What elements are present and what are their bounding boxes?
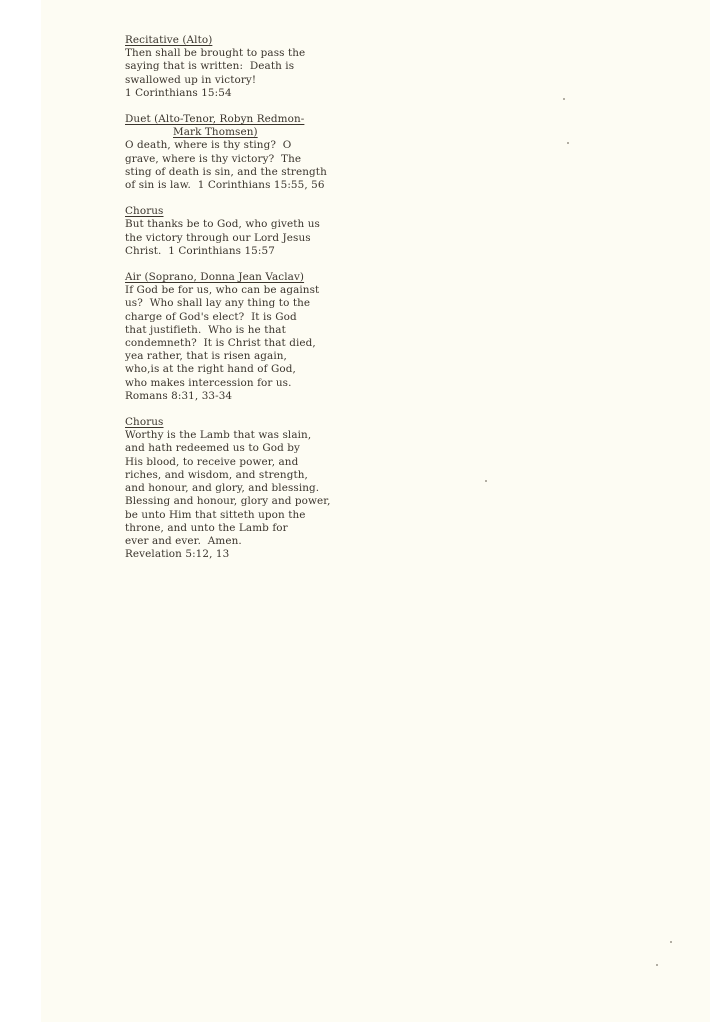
text-line: of sin is law. 1 Corinthians 15:55, 56 [125,179,395,192]
text-line: Then shall be brought to pass the [125,47,395,60]
text-line: swallowed up in victory! [125,74,395,87]
paper-speck [563,98,565,100]
section-air-soprano: Air (Soprano, Donna Jean Vaclav) If God … [125,271,395,403]
text-line: the victory through our Lord Jesus [125,232,395,245]
text-line: Worthy is the Lamb that was slain, [125,429,395,442]
section-heading: Recitative (Alto) [125,34,395,47]
text-line: riches, and wisdom, and strength, [125,469,395,482]
text-line: saying that is written: Death is [125,60,395,73]
text-line: His blood, to receive power, and [125,456,395,469]
scripture-reference: Revelation 5:12, 13 [125,548,395,561]
text-line: condemneth? It is Christ that died, [125,337,395,350]
text-line: grave, where is thy victory? The [125,153,395,166]
section-heading: Chorus [125,205,395,218]
text-line: us? Who shall lay any thing to the [125,297,395,310]
section-heading: Chorus [125,416,395,429]
section-heading: Air (Soprano, Donna Jean Vaclav) [125,271,395,284]
section-chorus-1: Chorus But thanks be to God, who giveth … [125,205,395,258]
text-line: If God be for us, who can be against [125,284,395,297]
paper-speck [670,941,672,943]
text-line: and honour, and glory, and blessing. [125,482,395,495]
section-duet: Duet (Alto-Tenor, Robyn Redmon- Mark Tho… [125,113,395,192]
text-line: throne, and unto the Lamb for [125,522,395,535]
paper-speck [656,964,658,966]
scripture-reference: 1 Corinthians 15:54 [125,87,395,100]
text-line: ever and ever. Amen. [125,535,395,548]
section-heading: Duet (Alto-Tenor, Robyn Redmon- [125,113,395,126]
text-line: and hath redeemed us to God by [125,442,395,455]
text-line: who,is at the right hand of God, [125,363,395,376]
paper-speck [567,142,569,144]
section-chorus-2: Chorus Worthy is the Lamb that was slain… [125,416,395,561]
text-line: yea rather, that is risen again, [125,350,395,363]
paper-speck [485,480,487,482]
text-line: who makes intercession for us. [125,377,395,390]
section-recitative-alto: Recitative (Alto) Then shall be brought … [125,34,395,100]
text-line: that justifieth. Who is he that [125,324,395,337]
text-line: O death, where is thy sting? O [125,139,395,152]
libretto-text: Recitative (Alto) Then shall be brought … [125,34,395,574]
text-line: But thanks be to God, who giveth us [125,218,395,231]
text-line: sting of death is sin, and the strength [125,166,395,179]
text-line: Christ. 1 Corinthians 15:57 [125,245,395,258]
text-line: charge of God's elect? It is God [125,311,395,324]
scripture-reference: Romans 8:31, 33-34 [125,390,395,403]
section-heading-continuation: Mark Thomsen) [125,126,395,139]
text-line: be unto Him that sitteth upon the [125,509,395,522]
text-line: Blessing and honour, glory and power, [125,495,395,508]
